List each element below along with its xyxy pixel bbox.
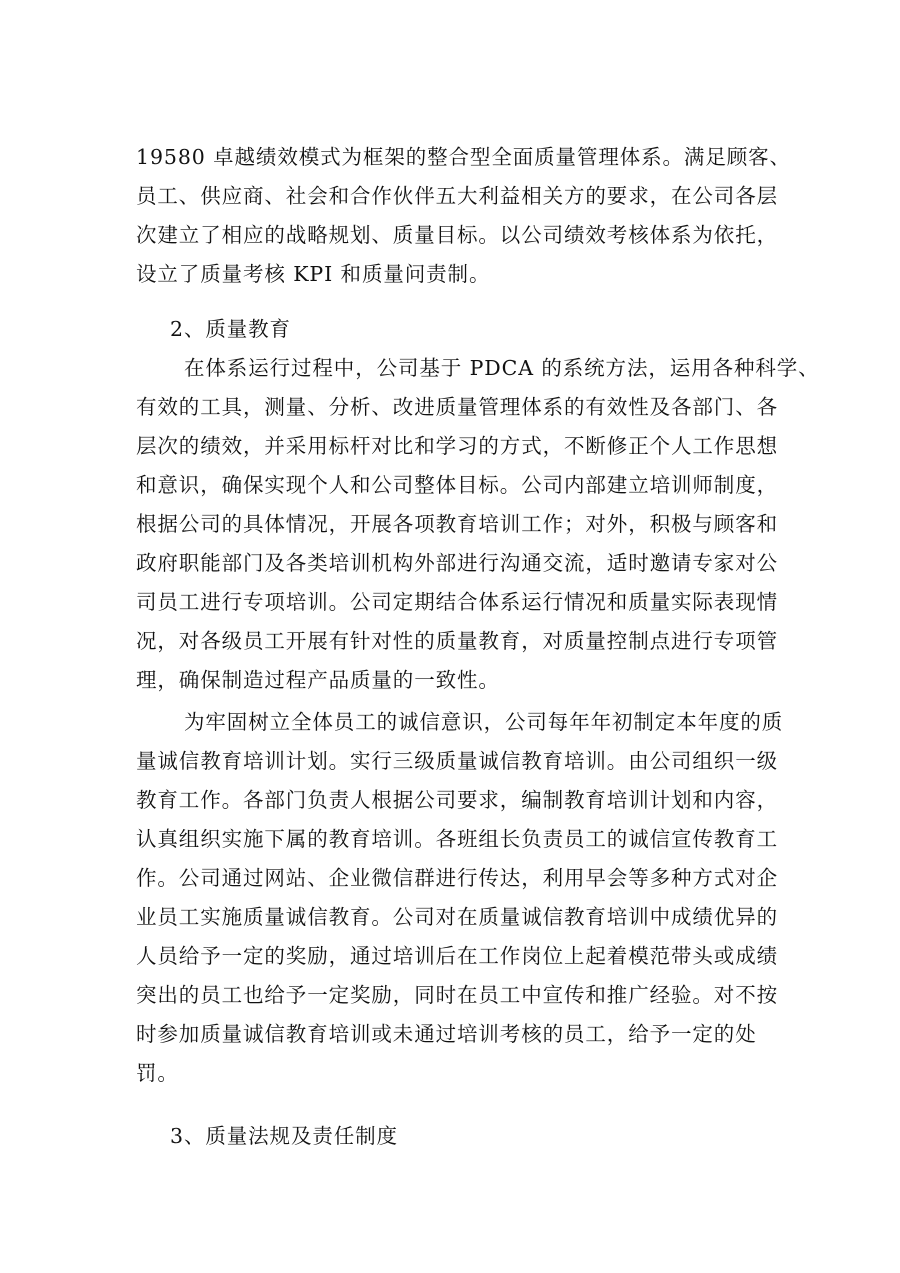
text-line: 19580 卓越绩效模式为框架的整合型全面质量管理体系。满足顾客、 [136,138,776,177]
text-line: 员工、供应商、社会和合作伙伴五大利益相关方的要求，在公司各层 [136,177,776,216]
paragraph-integrity-education: 为牢固树立全体员工的诚信意识，公司每年年初制定本年度的质 量诚信教育培训计划。实… [136,703,776,1093]
text-line: 作。公司通过网站、企业微信群进行传达，利用早会等多种方式对企 [136,859,776,898]
text-line: 政府职能部门及各类培训机构外部进行沟通交流，适时邀请专家对公 [136,544,776,583]
text-line: 量诚信教育培训计划。实行三级质量诚信教育培训。由公司组织一级 [136,742,776,781]
document-page: 19580 卓越绩效模式为框架的整合型全面质量管理体系。满足顾客、 员工、供应商… [136,138,776,1156]
text-line: 有效的工具，测量、分析、改进质量管理体系的有效性及各部门、各 [136,388,776,427]
text-line: 司员工进行专项培训。公司定期结合体系运行情况和质量实际表现情 [136,583,776,622]
text-line: 业员工实施质量诚信教育。公司对在质量诚信教育培训中成绩优异的 [136,898,776,937]
text-line: 况，对各级员工开展有针对性的质量教育，对质量控制点进行专项管 [136,622,776,661]
text-line: 层次的绩效，并采用标杆对比和学习的方式，不断修正个人工作思想 [136,427,776,466]
spacer [136,1093,776,1117]
text-line: 次建立了相应的战略规划、质量目标。以公司绩效考核体系为依托， [136,216,776,255]
text-line: 人员给予一定的奖励，通过培训后在工作岗位上起着模范带头或成绩 [136,937,776,976]
text-line: 设立了质量考核 KPI 和质量问责制。 [136,255,776,294]
text-line: 罚。 [136,1054,776,1093]
text-line: 理，确保制造过程产品质量的一致性。 [136,661,776,700]
text-line: 时参加质量诚信教育培训或未通过培训考核的员工，给予一定的处 [136,1015,776,1054]
text-line: 根据公司的具体情况，开展各项教育培训工作；对外，积极与顾客和 [136,505,776,544]
spacer [136,294,776,310]
section-heading-quality-regulations: 3、质量法规及责任制度 [136,1117,776,1156]
text-line: 教育工作。各部门负责人根据公司要求，编制教育培训计划和内容， [136,781,776,820]
paragraph-quality-system: 19580 卓越绩效模式为框架的整合型全面质量管理体系。满足顾客、 员工、供应商… [136,138,776,294]
text-line: 认真组织实施下属的教育培训。各班组长负责员工的诚信宣传教育工 [136,820,776,859]
text-line: 为牢固树立全体员工的诚信意识，公司每年年初制定本年度的质 [136,703,776,742]
text-line: 和意识，确保实现个人和公司整体目标。公司内部建立培训师制度， [136,466,776,505]
paragraph-quality-education: 在体系运行过程中，公司基于 PDCA 的系统方法，运用各种科学、 有效的工具，测… [136,349,776,700]
section-heading-quality-education: 2、质量教育 [136,310,776,349]
text-line: 突出的员工也给予一定奖励，同时在员工中宣传和推广经验。对不按 [136,976,776,1015]
text-line: 在体系运行过程中，公司基于 PDCA 的系统方法，运用各种科学、 [136,349,776,388]
